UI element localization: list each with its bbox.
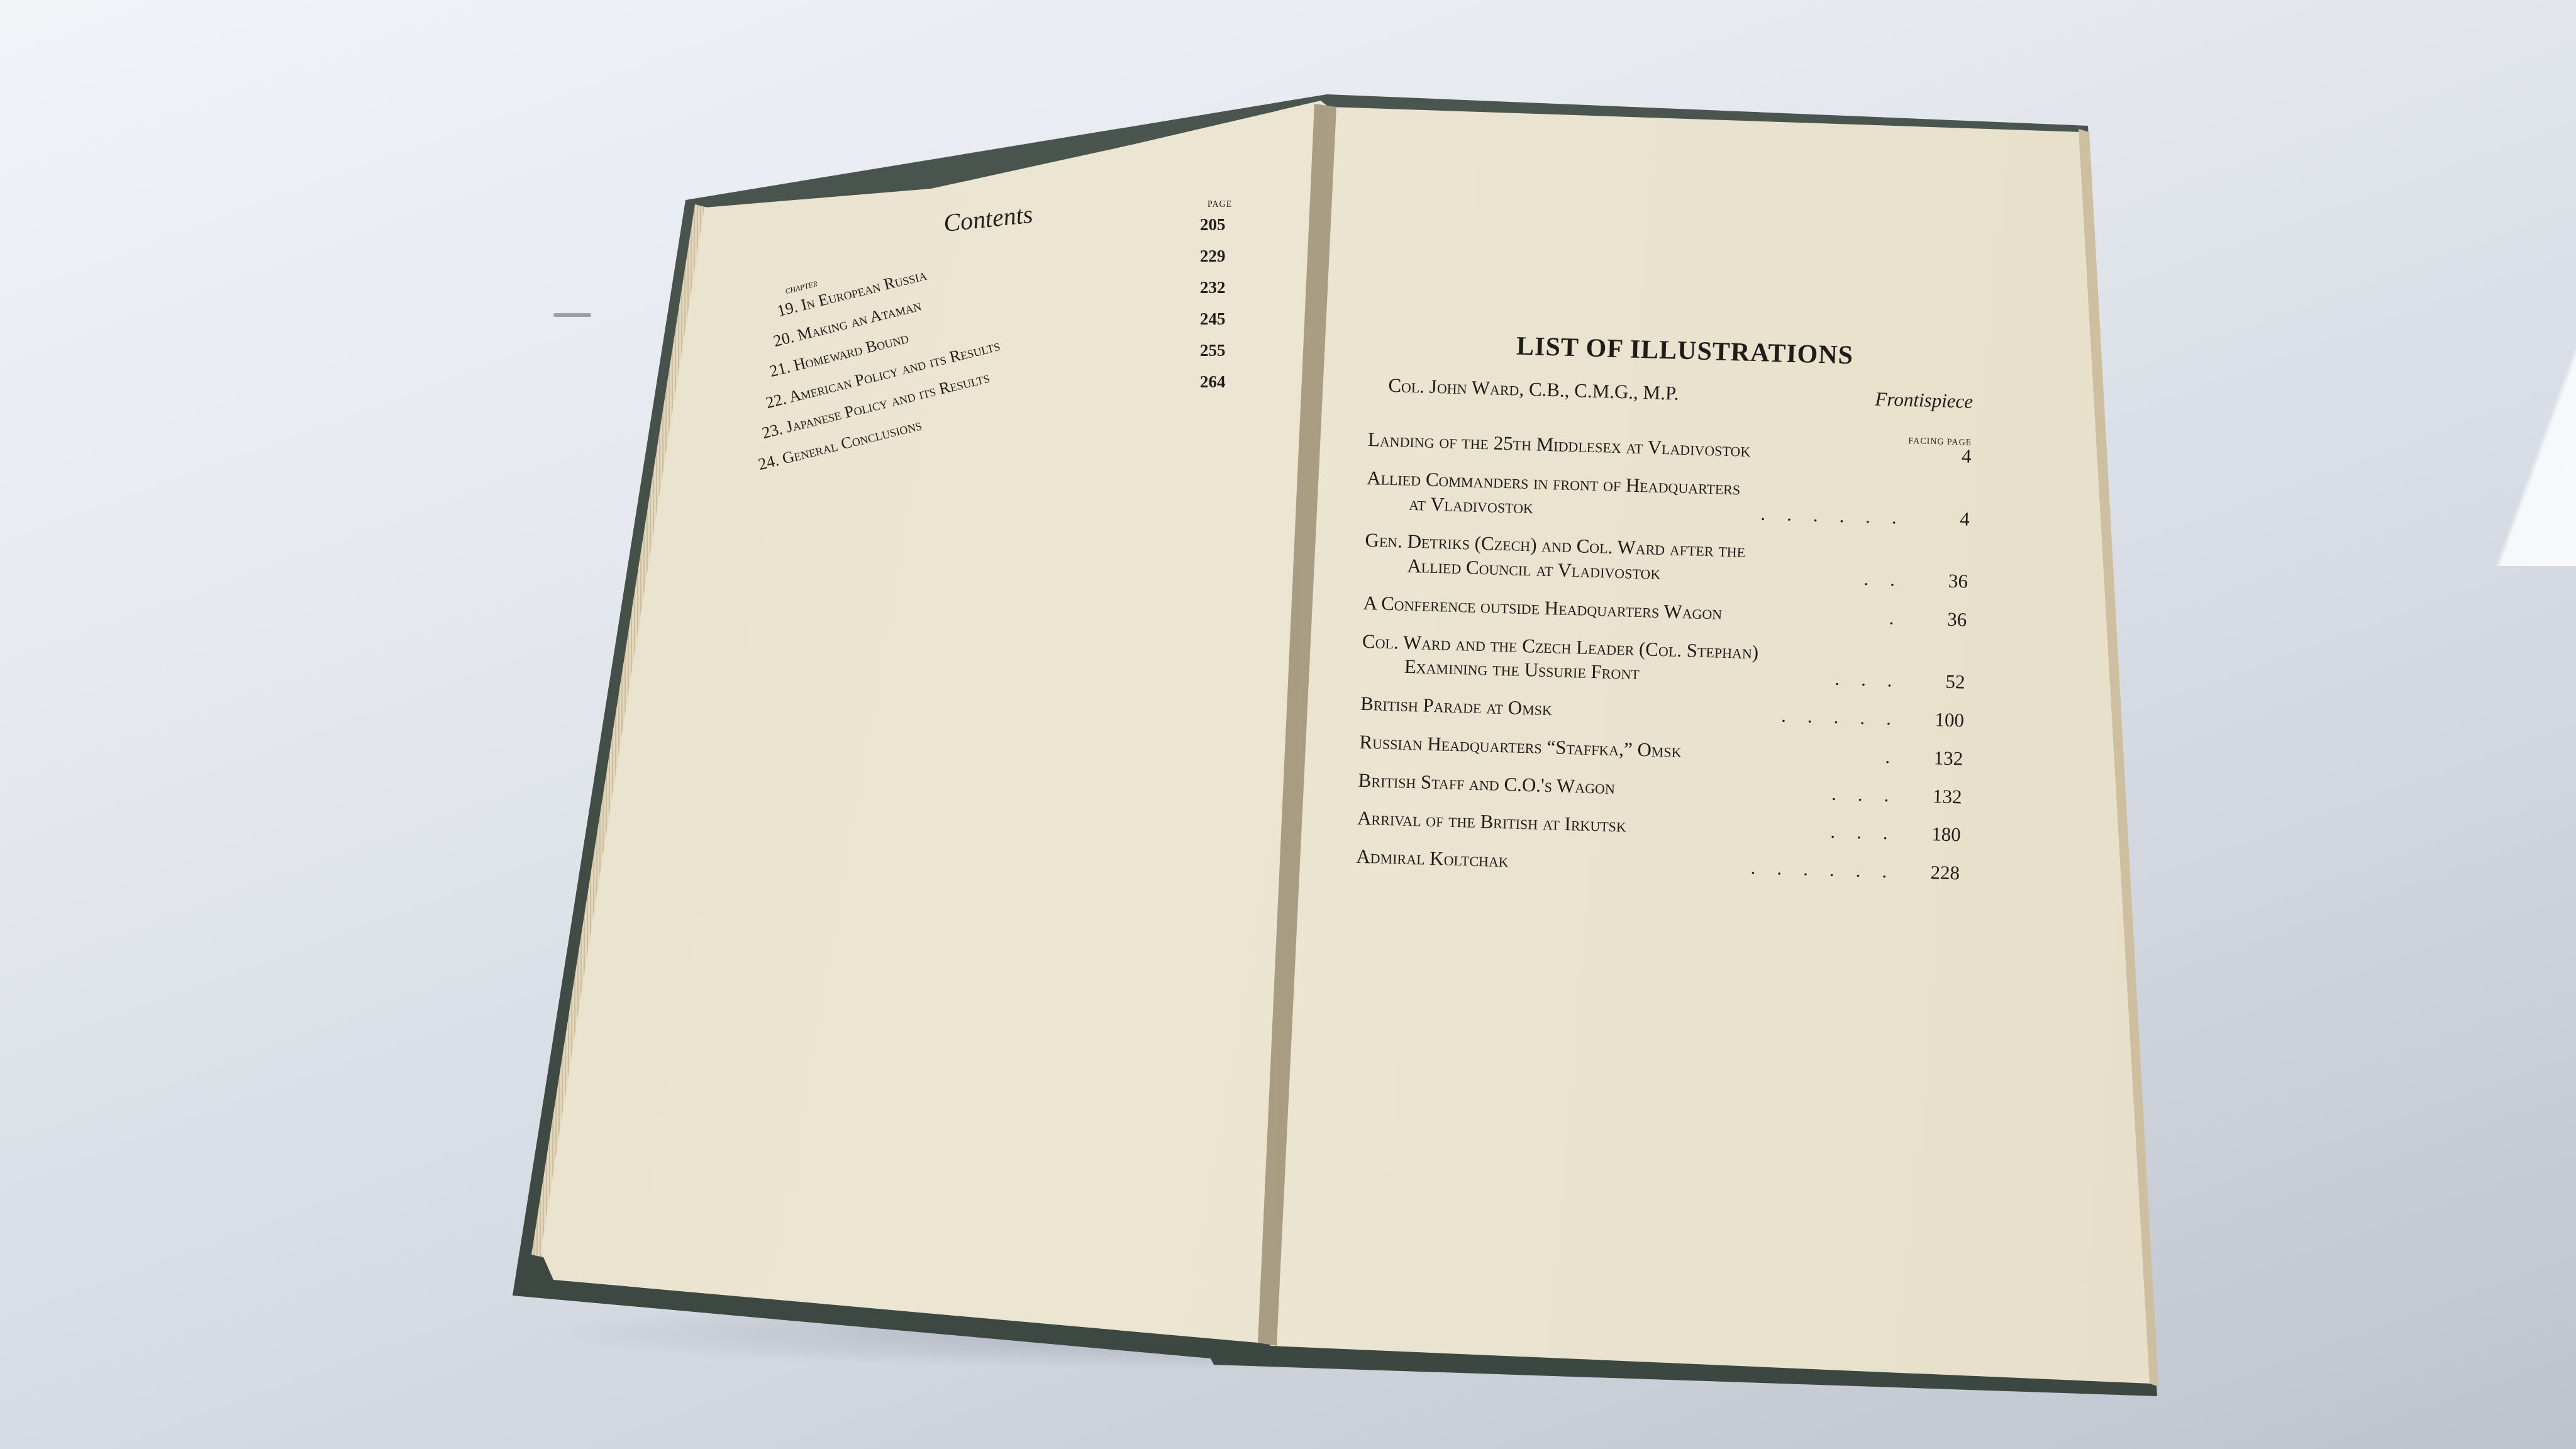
- leader-dots: ......: [1750, 855, 1908, 884]
- illustration-item: Admiral Koltchak ...... 228: [1356, 845, 1960, 886]
- toc-number: 21.: [768, 358, 792, 380]
- frontispiece-row: Col. John Ward, C.B., C.M.G., M.P. Front…: [1388, 374, 1974, 413]
- leader-dots: .: [1885, 745, 1912, 770]
- toc-page-number: 255: [1200, 341, 1226, 360]
- frontispiece-label: Frontispiece: [1875, 387, 1973, 413]
- illustration-title: Russian Headquarters “Staffka,” Omsk: [1359, 730, 1682, 761]
- toc-number: 23.: [760, 419, 785, 442]
- illustration-item: A Conference outside Headquarters Wagon …: [1363, 591, 1967, 633]
- illustration-page: 36: [1924, 569, 1968, 594]
- illustration-title-continued: Examining the Ussurie Front: [1361, 653, 1835, 691]
- illustration-page: 228: [1916, 860, 1960, 886]
- contents-section: Contents PAGE 205 CHAPTER 19. In Europea…: [755, 189, 1270, 484]
- illustration-title: A Conference outside Headquarters Wagon: [1363, 592, 1722, 624]
- illustration-page: 132: [1918, 784, 1962, 809]
- toc-page-number: 264: [1200, 372, 1226, 392]
- illustration-page: 36: [1923, 606, 1967, 632]
- illustration-item: British Staff and C.O.'s Wagon ... 132: [1358, 768, 1962, 809]
- leader-dots: ...: [1830, 819, 1909, 846]
- leader-dots: .: [1889, 606, 1916, 631]
- illustration-item: Col. Ward and the Czech Leader (Col. Ste…: [1361, 629, 1966, 694]
- toc-number: 20.: [772, 328, 796, 350]
- toc-page-number: 245: [1200, 309, 1226, 329]
- table-edge: [2415, 0, 2576, 566]
- illustration-item: Gen. Detriks (Czech) and Col. Ward after…: [1364, 528, 1969, 594]
- surface-mark: [553, 313, 591, 317]
- illustration-item: Russian Headquarters “Staffka,” Omsk . 1…: [1359, 730, 1963, 772]
- illustration-title: Arrival of the British at Irkutsk: [1357, 807, 1627, 836]
- toc-number: 19.: [775, 297, 800, 320]
- leader-dots: ...: [1831, 781, 1911, 808]
- toc-number: 24.: [757, 451, 781, 474]
- illustration-page: 4: [1925, 506, 1970, 531]
- toc-page-number: 205: [1200, 215, 1226, 235]
- illustration-item: British Parade at Omsk ..... 100: [1360, 692, 1965, 733]
- illustration-page: 52: [1921, 669, 1965, 695]
- illustration-item: Arrival of the British at Irkutsk ... 18…: [1357, 806, 1962, 848]
- illustration-title: British Parade at Omsk: [1360, 692, 1553, 719]
- leader-dots: ......: [1760, 501, 1918, 530]
- illustrations-section: LIST OF ILLUSTRATIONS Col. John Ward, C.…: [1355, 327, 1974, 899]
- toc-page-number: 229: [1200, 247, 1226, 266]
- illustration-title: British Staff and C.O.'s Wagon: [1358, 769, 1615, 797]
- illustration-title-continued: Allied Council at Vladivostok: [1364, 553, 1864, 591]
- toc-number: 22.: [764, 389, 789, 412]
- illustration-page: 4: [1927, 443, 1972, 469]
- leader-dots: .....: [1781, 703, 1913, 731]
- toc-page-number: 232: [1200, 278, 1226, 297]
- illustration-page: 100: [1919, 708, 1964, 733]
- frontispiece-title: Col. John Ward, C.B., C.M.G., M.P.: [1388, 374, 1679, 405]
- illustration-page: 180: [1916, 822, 1961, 848]
- leader-dots: ...: [1835, 667, 1914, 693]
- illustration-item: Allied Commanders in front of Headquarte…: [1366, 466, 1971, 531]
- contents-title: Contents: [942, 199, 1034, 238]
- leader-dots: ..: [1863, 567, 1917, 592]
- illustration-title: Admiral Koltchak: [1356, 845, 1509, 872]
- page-column-header: PAGE: [1207, 200, 1232, 210]
- illustration-page: 132: [1919, 745, 1963, 771]
